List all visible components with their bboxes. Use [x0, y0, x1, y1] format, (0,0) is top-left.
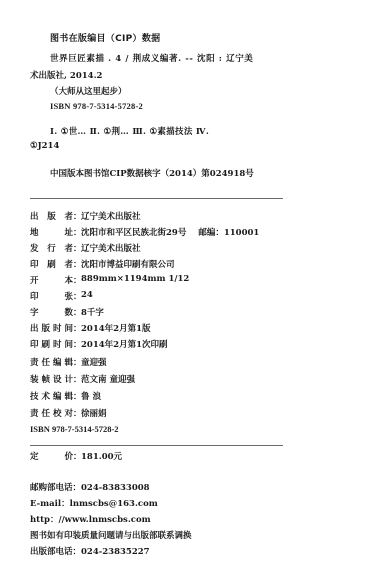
- info-row-word-count: 字数：8千字: [30, 306, 104, 318]
- info-row-publish-date: 出版时间：2014年2月第1版: [30, 322, 151, 334]
- info-label: 字数: [30, 306, 73, 318]
- postal-code: 邮编：110001: [198, 226, 259, 238]
- info-label: 印张: [30, 290, 73, 302]
- info-value: 8千字: [81, 306, 104, 318]
- info-value: 889mm×1194mm 1/12: [81, 274, 189, 286]
- info-value: 徐丽娟: [81, 407, 107, 419]
- mail-order-phone: 邮购部电话：024-83833008: [30, 481, 150, 493]
- email: E-mail：lnmscbs@163.com: [30, 497, 158, 509]
- info-value: 童迎强: [81, 356, 107, 368]
- info-row-sheets: 印张：24: [30, 290, 93, 302]
- cip-isbn: ISBN 978-7-5314-5728-2: [50, 101, 143, 111]
- info-label: 开本: [30, 274, 73, 286]
- info-value: 2014年2月第1次印刷: [81, 338, 168, 350]
- info-label: 地址: [30, 226, 73, 238]
- quality-notice: 图书如有印装质量问题请与出版部联系调换: [30, 529, 192, 541]
- info-label: 装帧设计: [30, 373, 73, 385]
- info-value: 沈阳市和平区民族北街29号: [81, 226, 186, 238]
- cip-classification: ①J214: [30, 141, 59, 151]
- info-value: 沈阳市博益印刷有限公司: [81, 258, 175, 270]
- info-row-price: 定价：181.00元: [30, 450, 122, 462]
- info-label: 技术编辑: [30, 390, 73, 402]
- cip-bibliographic-line-cont: 术出版社, 2014.2: [30, 69, 102, 81]
- info-label: 出版时间: [30, 322, 73, 334]
- info-label: 印刷时间: [30, 338, 73, 350]
- info-value: 24: [81, 290, 93, 302]
- cip-series: （大师从这里起步）: [50, 85, 127, 97]
- info-value: 辽宁美术出版社: [81, 210, 141, 222]
- info-label: 责任编辑: [30, 356, 73, 368]
- isbn-value: ISBN 978-7-5314-5728-2: [30, 424, 119, 434]
- divider: [30, 445, 283, 446]
- cip-bibliographic-line: 世界巨匠素描 . 4 / 荆成义编著. -- 沈阳 : 辽宁美: [50, 52, 253, 64]
- cip-title: 图书在版编目（CIP）数据: [50, 31, 160, 44]
- info-row-tech-editor: 技术编辑：鲁 浪: [30, 390, 101, 402]
- info-value: 辽宁美术出版社: [81, 242, 141, 254]
- info-row-printer: 印刷者：沈阳市博益印刷有限公司: [30, 258, 175, 270]
- info-row-print-date: 印刷时间：2014年2月第1次印刷: [30, 338, 168, 350]
- info-row-editor: 责任编辑：童迎强: [30, 356, 107, 368]
- info-label: 印刷者: [30, 258, 73, 270]
- info-value: 鲁 浪: [81, 390, 101, 402]
- info-row-distributor: 发行者：辽宁美术出版社: [30, 242, 141, 254]
- copyright-page: 图书在版编目（CIP）数据 世界巨匠素描 . 4 / 荆成义编著. -- 沈阳 …: [0, 0, 375, 578]
- publishing-dept-phone: 出版部电话：024-23835227: [30, 545, 150, 557]
- isbn: ISBN 978-7-5314-5728-2: [30, 424, 119, 434]
- info-label: 责任校对: [30, 407, 73, 419]
- price-value: 181.00元: [81, 450, 122, 462]
- info-label: 出版者: [30, 210, 73, 222]
- info-row-format: 开本：889mm×1194mm 1/12: [30, 274, 189, 286]
- cip-approval-number: 中国版本图书馆CIP数据核字（2014）第024918号: [50, 167, 254, 179]
- info-label: 发行者: [30, 242, 73, 254]
- info-row-designer: 装帧设计：范文南 童迎强: [30, 373, 135, 385]
- info-row-proofreader: 责任校对：徐丽娟: [30, 407, 107, 419]
- cip-subject-terms: Ⅰ. ①世… Ⅱ. ①荆… Ⅲ. ①素描技法 Ⅳ.: [50, 125, 209, 137]
- price-label: 定价: [30, 450, 73, 462]
- info-value: 2014年2月第1版: [81, 322, 151, 334]
- divider: [30, 198, 283, 199]
- info-row-address: 地址：沈阳市和平区民族北街29号邮编：110001: [30, 226, 259, 238]
- website: http：//www.lnmscbs.com: [30, 513, 151, 525]
- info-value: 范文南 童迎强: [81, 373, 135, 385]
- info-row-publisher: 出版者：辽宁美术出版社: [30, 210, 141, 222]
